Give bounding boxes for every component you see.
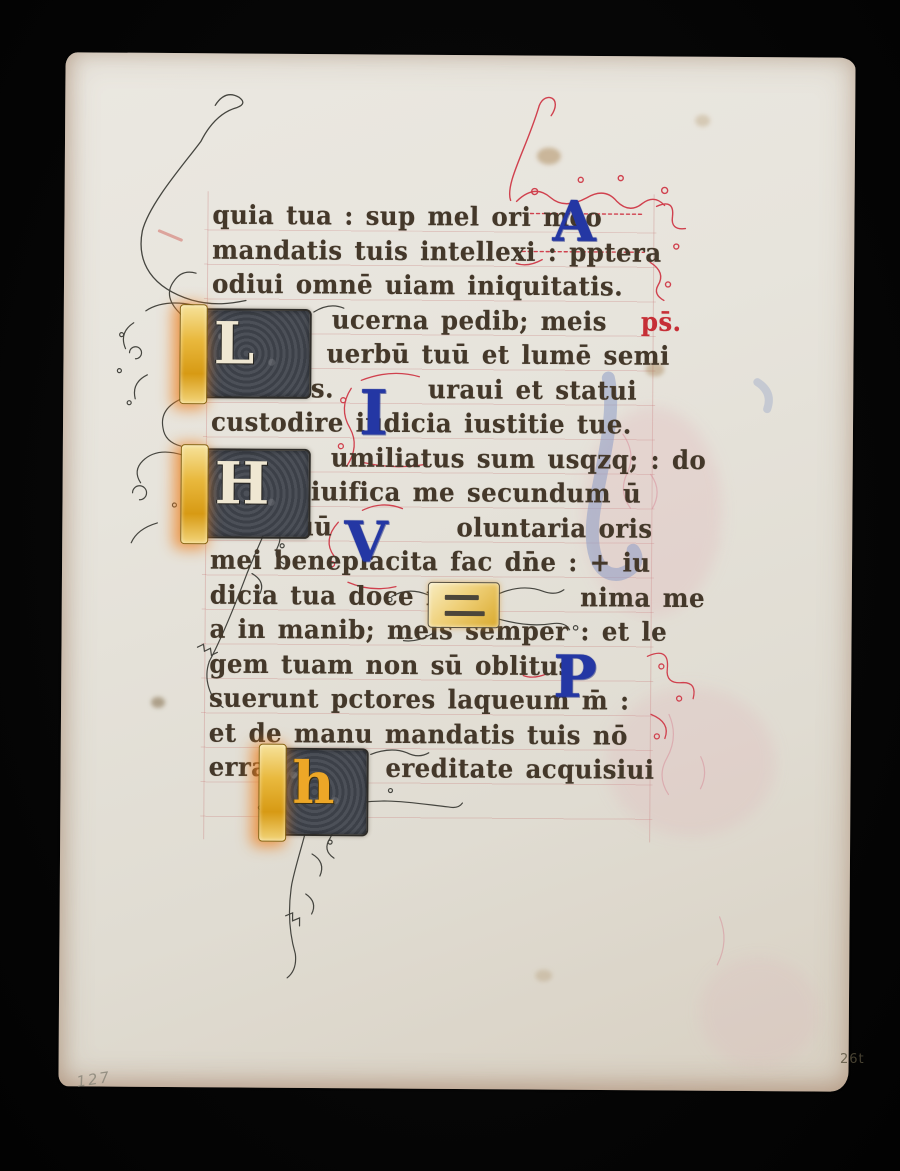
initial-ornament-dash	[445, 611, 485, 616]
initial-l-gold: L	[181, 308, 312, 399]
text-segment: odiui omnē uiam iniquitatis.	[212, 268, 623, 302]
text-segment: quia tua : sup mel ori meo	[212, 199, 602, 232]
gold-leaf-bar	[179, 304, 208, 404]
foxing-stain	[695, 115, 710, 127]
initial-letter: h	[292, 754, 335, 812]
manuscript-text-line: uerbū tuū et lumē semi	[326, 338, 670, 376]
manuscript-text-line: ucerna pedib; meisps̄.	[332, 304, 682, 342]
manuscript-text-line: quia tua : sup mel ori meo	[212, 199, 602, 238]
pencil-folio-number: 127	[75, 1068, 112, 1091]
text-segment: uraui et statui	[428, 373, 637, 405]
initial-p-blue: P	[553, 648, 597, 706]
manuscript-leaf: quia tua : sup mel ori meomandatis tuis …	[58, 52, 855, 1091]
initial-letter: I	[359, 376, 389, 449]
text-segment: ucerna pedib; meis	[332, 304, 607, 337]
text-segment: gem tuam non sū oblitus	[209, 648, 573, 681]
rubric-psalm-marker: ps̄.	[641, 306, 682, 337]
foxing-stain	[535, 970, 552, 982]
initial-letter: L	[213, 314, 254, 372]
manuscript-text-line: custodire iudicia iustitie tue.	[211, 406, 632, 445]
manuscript-text-line: gem tuam non sū oblitus	[209, 648, 573, 687]
initial-letter: A	[552, 189, 596, 255]
gold-leaf-bar	[180, 444, 209, 544]
manuscript-text-line: mei beneplacita fac dn̄e : + iu	[210, 544, 651, 583]
initial-letter: P	[553, 643, 597, 711]
text-segment: ereditate acquisiui	[385, 753, 654, 786]
corner-mark: 26t	[840, 1052, 865, 1067]
initial-a-blue: A	[552, 194, 596, 250]
text-segment: mei beneplacita fac dn̄e : + iu	[210, 544, 651, 578]
initial-letter: V	[344, 509, 388, 575]
initial-h-gold: H	[182, 448, 311, 539]
initial-h2-gold: h	[260, 748, 369, 837]
manuscript-text-line: odiui omnē uiam iniquitatis.	[212, 268, 623, 307]
photo-stage: quia tua : sup mel ori meomandatis tuis …	[0, 0, 900, 1171]
initial-a-gold	[428, 582, 500, 629]
foxing-stain	[151, 697, 165, 708]
initial-i-blue: I	[359, 382, 388, 444]
text-segment: nima me	[580, 581, 705, 613]
gold-leaf-bar	[258, 744, 287, 842]
text-segment: uerbū tuū et lumē semi	[326, 338, 669, 371]
text-segment: custodire iudicia iustitie tue.	[211, 406, 632, 440]
text-block: quia tua : sup mel ori meomandatis tuis …	[66, 52, 856, 58]
text-segment: oluntaria oris	[456, 511, 652, 543]
initial-ornament-dash	[445, 595, 479, 600]
foxing-stain	[537, 148, 561, 165]
illuminated-initials-layer: ALIHVPh	[66, 52, 856, 58]
initial-v-blue: V	[344, 514, 388, 570]
initial-letter: H	[214, 454, 269, 512]
show-through-pink-blob	[699, 957, 820, 1068]
